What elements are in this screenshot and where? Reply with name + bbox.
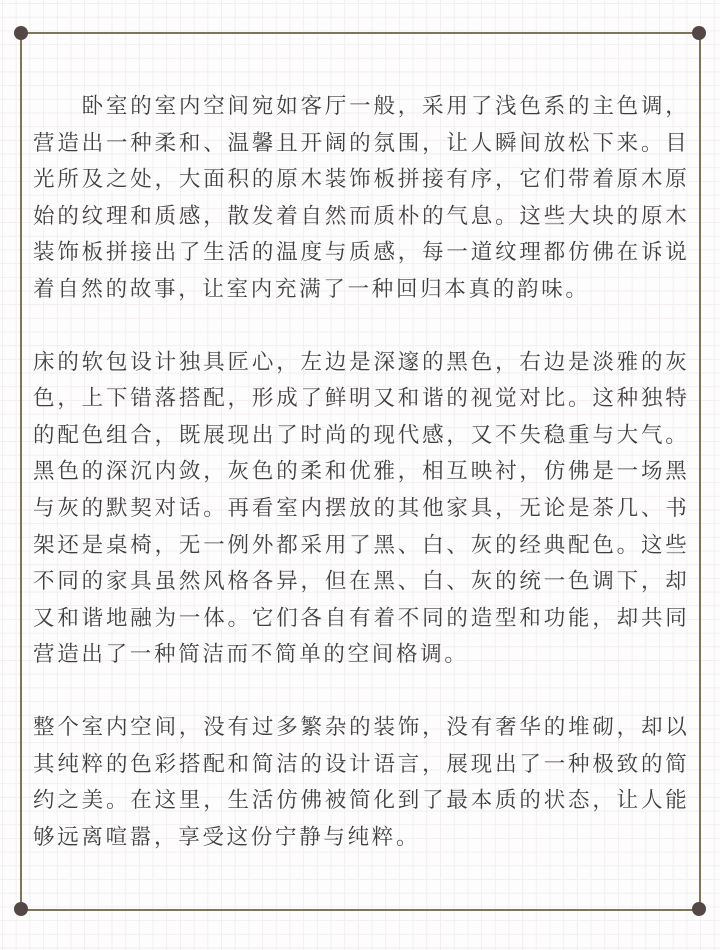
text-line: 其纯粹的色彩搭配和简洁的设计语言，展现出了一种极致的简 (33, 746, 689, 783)
text-line: 营造出了一种简洁而不简单的空间格调。 (33, 636, 689, 673)
corner-dot-bottom-right (692, 902, 706, 916)
corner-dot-top-right (692, 26, 706, 40)
paragraph: 整个室内空间，没有过多繁杂的装饰，没有奢华的堆砌，却以其纯粹的色彩搭配和简洁的设… (33, 709, 689, 855)
text-line: 黑色的深沉内敛，灰色的柔和优雅，相互映衬，仿佛是一场黑 (33, 453, 689, 490)
text-line: 装饰板拼接出了生活的温度与质感，每一道纹理都仿佛在诉说 (33, 234, 689, 271)
text-line: 色，上下错落搭配，形成了鲜明又和谐的视觉对比。这种独特 (33, 380, 689, 417)
text-line: 的配色组合，既展现出了时尚的现代感，又不失稳重与大气。 (33, 417, 689, 454)
paragraph: 床的软包设计独具匠心，左边是深邃的黑色，右边是淡雅的灰色，上下错落搭配，形成了鲜… (33, 344, 689, 673)
notepaper-page: 卧室的室内空间宛如客厅一般，采用了浅色系的主色调，营造出一种柔和、温馨且开阔的氛… (0, 0, 720, 950)
text-line: 与灰的默契对话。再看室内摆放的其他家具，无论是茶几、书 (33, 490, 689, 527)
text-line: 床的软包设计独具匠心，左边是深邃的黑色，右边是淡雅的灰 (33, 344, 689, 381)
text-line: 不同的家具虽然风格各异，但在黑、白、灰的统一色调下，却 (33, 563, 689, 600)
text-line: 又和谐地融为一体。它们各自有着不同的造型和功能，却共同 (33, 600, 689, 637)
text-line: 卧室的室内空间宛如客厅一般，采用了浅色系的主色调， (33, 88, 689, 125)
corner-dot-bottom-left (14, 902, 28, 916)
text-line: 约之美。在这里，生活仿佛被简化到了最本质的状态，让人能 (33, 782, 689, 819)
paragraph: 卧室的室内空间宛如客厅一般，采用了浅色系的主色调，营造出一种柔和、温馨且开阔的氛… (33, 88, 689, 307)
text-line: 够远离喧嚣，享受这份宁静与纯粹。 (33, 819, 689, 856)
corner-dot-top-left (14, 26, 28, 40)
text-line: 整个室内空间，没有过多繁杂的装饰，没有奢华的堆砌，却以 (33, 709, 689, 746)
text-line: 营造出一种柔和、温馨且开阔的氛围，让人瞬间放松下来。目 (33, 125, 689, 162)
text-line: 架还是桌椅，无一例外都采用了黑、白、灰的经典配色。这些 (33, 527, 689, 564)
text-line: 始的纹理和质感，散发着自然而质朴的气息。这些大块的原木 (33, 198, 689, 235)
text-body: 卧室的室内空间宛如客厅一般，采用了浅色系的主色调，营造出一种柔和、温馨且开阔的氛… (33, 88, 689, 855)
text-line: 光所及之处，大面积的原木装饰板拼接有序，它们带着原木原 (33, 161, 689, 198)
text-line: 着自然的故事，让室内充满了一种回归本真的韵味。 (33, 271, 689, 308)
